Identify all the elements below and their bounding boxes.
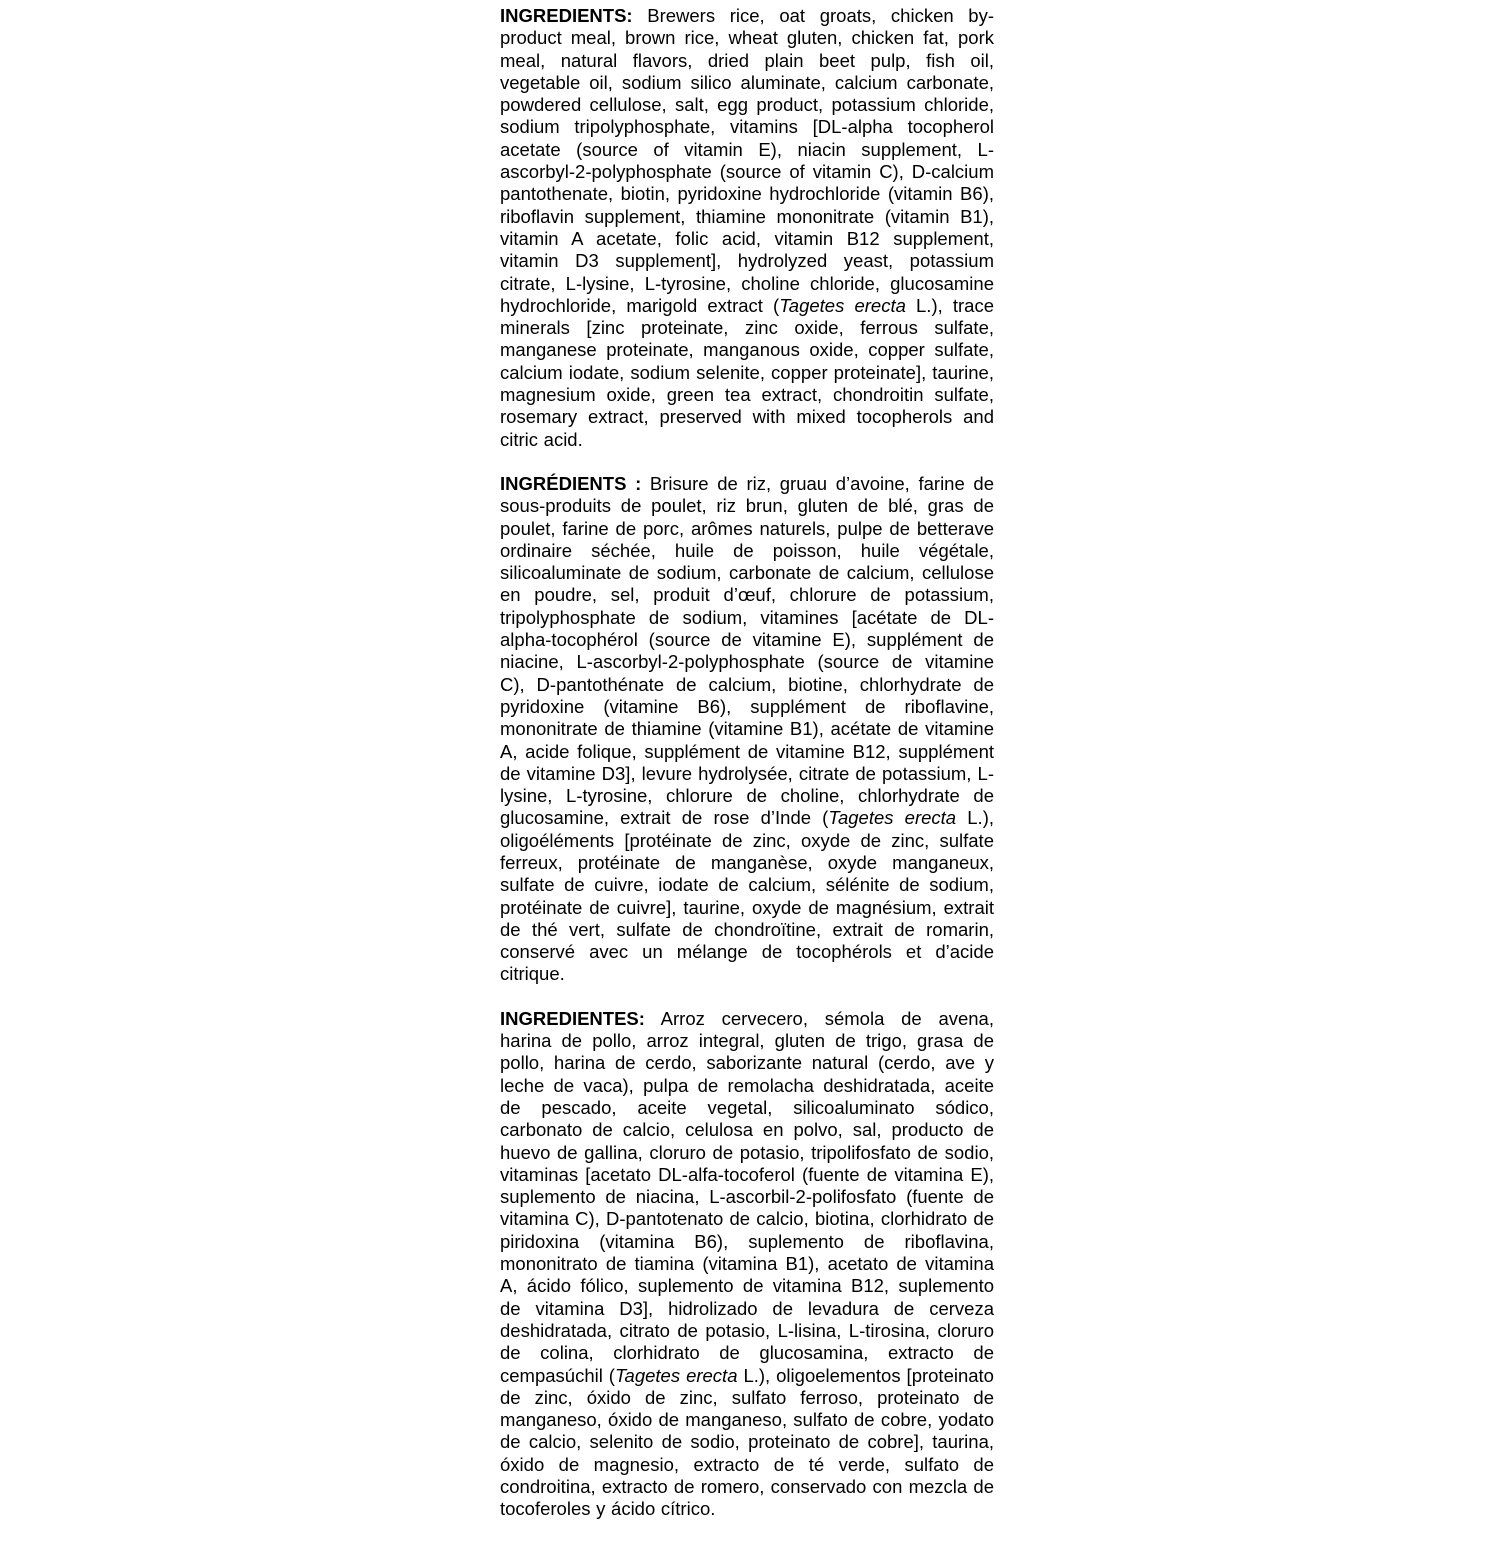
ingredients-heading-spanish: INGREDIENTES: bbox=[500, 1008, 645, 1029]
ingredients-paragraph-english: INGREDIENTS: Brewers rice, oat groats, c… bbox=[500, 5, 994, 451]
ingredients-paragraph-spanish: INGREDIENTES: Arroz cervecero, sémola de… bbox=[500, 1008, 994, 1500]
ingredients-heading-english: INGREDIENTS: bbox=[500, 5, 633, 26]
ingredients-text-spanish: Arroz cervecero, sémola de avena, harina… bbox=[500, 1008, 994, 1386]
latin-species-name-french: Tagetes erecta bbox=[828, 807, 956, 828]
ingredients-label: INGREDIENTS: Brewers rice, oat groats, c… bbox=[500, 5, 994, 1500]
ingredients-text-english: Brewers rice, oat groats, chicken by-pro… bbox=[500, 5, 994, 316]
latin-species-name-spanish: Tagetes erecta bbox=[615, 1365, 738, 1386]
ingredients-paragraph-french: INGRÉDIENTS : Brisure de riz, gruau d’av… bbox=[500, 473, 994, 986]
ingredients-heading-french: INGRÉDIENTS : bbox=[500, 473, 641, 494]
latin-species-name-english: Tagetes erecta bbox=[779, 295, 906, 316]
ingredients-text-french-tail: L.), oligoéléments [protéinate de zinc, … bbox=[500, 807, 994, 984]
ingredients-text-english-tail: L.), trace minerals [zinc proteinate, zi… bbox=[500, 295, 994, 450]
ingredients-text-french: Brisure de riz, gruau d’avoine, farine d… bbox=[500, 473, 994, 828]
